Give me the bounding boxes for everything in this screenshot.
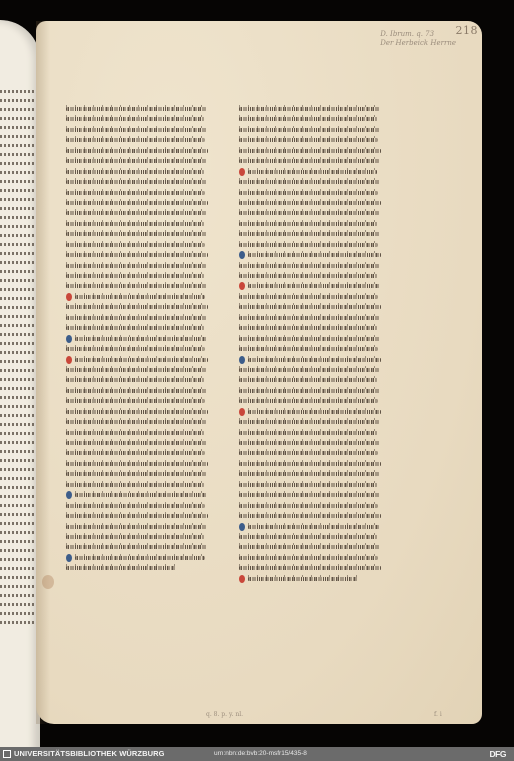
- script-ink: [66, 504, 205, 508]
- script-ink: [66, 399, 205, 403]
- facing-script-line: [0, 378, 36, 381]
- script-ink: [66, 253, 208, 257]
- urn-identifier[interactable]: urn:nbn:de:bvb:20-msfr15/435-8: [214, 747, 307, 761]
- script-line: [66, 261, 208, 271]
- script-ink: [66, 514, 208, 518]
- script-line: [66, 135, 208, 145]
- script-line: [239, 271, 381, 281]
- script-line: [66, 396, 208, 406]
- script-ink: [239, 159, 379, 163]
- facing-script-line: [0, 153, 36, 156]
- shelfmark-note-line-2: Der Herbeick Herrne: [380, 39, 456, 48]
- script-ink: [239, 566, 381, 570]
- facing-script-line: [0, 387, 36, 390]
- facing-script-line: [0, 477, 36, 480]
- facing-script-line: [0, 621, 36, 624]
- script-ink: [66, 138, 205, 142]
- script-line: [66, 522, 208, 532]
- script-line: [66, 250, 208, 260]
- script-ink: [239, 222, 377, 226]
- script-ink: [239, 107, 379, 111]
- script-ink: [66, 107, 206, 111]
- script-line: [66, 229, 208, 239]
- script-line: [66, 240, 208, 250]
- facing-script-line: [0, 432, 36, 435]
- script-line: [239, 563, 381, 573]
- red-rubric-initial-icon: [239, 408, 245, 416]
- script-line: [66, 208, 208, 218]
- facing-script-line: [0, 333, 36, 336]
- facing-script-line: [0, 144, 36, 147]
- facing-script-line: [0, 90, 36, 93]
- script-ink: [66, 483, 204, 487]
- script-line: [66, 511, 208, 521]
- facing-script-line: [0, 288, 36, 291]
- facing-script-line: [0, 468, 36, 471]
- script-ink: [75, 556, 205, 560]
- script-ink: [239, 326, 377, 330]
- blue-rubric-initial-icon: [66, 491, 72, 499]
- script-line: [66, 386, 208, 396]
- script-ink: [239, 316, 379, 320]
- script-ink: [239, 535, 377, 539]
- script-ink: [239, 201, 381, 205]
- facing-script-line: [0, 252, 36, 255]
- facing-script-line: [0, 108, 36, 111]
- facing-script-line: [0, 198, 36, 201]
- script-line: [66, 438, 208, 448]
- blue-rubric-initial-icon: [66, 335, 72, 343]
- facing-script-line: [0, 504, 36, 507]
- script-ink: [239, 117, 377, 121]
- script-line: [239, 344, 381, 354]
- script-ink: [66, 451, 205, 455]
- facing-script-line: [0, 117, 36, 120]
- script-ink: [239, 138, 378, 142]
- facing-script-line: [0, 207, 36, 210]
- script-line: [239, 459, 381, 469]
- script-line: [239, 428, 381, 438]
- script-line: [239, 167, 381, 177]
- blue-rubric-initial-icon: [239, 356, 245, 364]
- script-line: [66, 323, 208, 333]
- script-ink: [239, 347, 378, 351]
- script-line: [66, 302, 208, 312]
- script-line: [66, 146, 208, 156]
- dfg-logo[interactable]: DFG: [490, 747, 506, 761]
- script-line: [239, 522, 381, 532]
- script-line: [66, 114, 208, 124]
- script-ink: [66, 128, 207, 132]
- facing-script-line: [0, 423, 36, 426]
- facing-script-line: [0, 189, 36, 192]
- facing-script-line: [0, 171, 36, 174]
- facing-script-line: [0, 540, 36, 543]
- script-ink: [239, 368, 379, 372]
- script-line: [239, 146, 381, 156]
- red-rubric-initial-icon: [239, 282, 245, 290]
- script-ink: [239, 493, 380, 497]
- text-column-left: [66, 104, 208, 574]
- script-line: [66, 219, 208, 229]
- script-ink: [66, 566, 176, 570]
- script-line: [66, 104, 208, 114]
- script-line: [239, 208, 381, 218]
- script-ink: [66, 222, 204, 226]
- script-line: [239, 177, 381, 187]
- script-line: [239, 417, 381, 427]
- script-line: [66, 428, 208, 438]
- script-line: [66, 177, 208, 187]
- facing-script-line: [0, 369, 36, 372]
- script-ink: [239, 420, 379, 424]
- facing-script-line: [0, 594, 36, 597]
- institution-name[interactable]: UNIVERSITÄTSBIBLIOTHEK WÜRZBURG: [14, 747, 165, 761]
- script-ink: [75, 358, 208, 362]
- facing-script-line: [0, 261, 36, 264]
- script-line: [239, 281, 381, 291]
- script-line: [239, 323, 381, 333]
- script-ink: [75, 493, 207, 497]
- facing-script-line: [0, 297, 36, 300]
- script-ink: [66, 305, 208, 309]
- script-line: [66, 542, 208, 552]
- script-line: [66, 292, 208, 302]
- script-ink: [66, 191, 205, 195]
- script-ink: [248, 525, 379, 529]
- library-logo-icon: [3, 750, 11, 758]
- facing-script-line: [0, 585, 36, 588]
- script-ink: [66, 159, 206, 163]
- script-line: [66, 365, 208, 375]
- script-ink: [75, 295, 205, 299]
- red-rubric-initial-icon: [66, 356, 72, 364]
- facing-script-line: [0, 225, 36, 228]
- facing-script-line: [0, 99, 36, 102]
- script-line: [239, 302, 381, 312]
- facing-script-line: [0, 486, 36, 489]
- script-line: [66, 344, 208, 354]
- facing-script-line: [0, 450, 36, 453]
- script-line: [239, 240, 381, 250]
- script-line: [239, 135, 381, 145]
- facing-script-line: [0, 576, 36, 579]
- script-line: [239, 480, 381, 490]
- script-ink: [239, 180, 380, 184]
- script-ink: [239, 295, 378, 299]
- facing-script-line: [0, 342, 36, 345]
- script-ink: [66, 545, 207, 549]
- facing-script-line: [0, 414, 36, 417]
- script-ink: [66, 472, 206, 476]
- script-ink: [248, 253, 381, 257]
- script-ink: [239, 305, 381, 309]
- script-line: [66, 188, 208, 198]
- script-line: [239, 448, 381, 458]
- facing-script-line: [0, 180, 36, 183]
- script-ink: [239, 243, 378, 247]
- script-ink: [66, 232, 207, 236]
- script-ink: [239, 545, 380, 549]
- script-ink: [66, 117, 204, 121]
- facing-script-line: [0, 603, 36, 606]
- folio-number: 218: [456, 24, 479, 37]
- script-ink: [248, 170, 377, 174]
- script-ink: [239, 441, 380, 445]
- script-line: [239, 469, 381, 479]
- script-line: [239, 104, 381, 114]
- facing-script-line: [0, 351, 36, 354]
- script-line: [66, 355, 208, 365]
- script-ink: [248, 284, 380, 288]
- facing-script-line: [0, 612, 36, 615]
- shelfmark-note: D. Ibrum. q. 73 Der Herbeick Herrne: [380, 30, 456, 48]
- script-ink: [239, 378, 377, 382]
- script-ink: [66, 326, 204, 330]
- facing-script-line: [0, 126, 36, 129]
- script-line: [66, 553, 208, 563]
- facing-script-line: [0, 135, 36, 138]
- script-line: [239, 334, 381, 344]
- script-ink: [239, 451, 378, 455]
- facing-script-line: [0, 513, 36, 516]
- script-ink: [248, 410, 381, 414]
- script-line: [239, 219, 381, 229]
- script-line: [239, 261, 381, 271]
- script-line: [66, 156, 208, 166]
- script-line: [239, 188, 381, 198]
- script-ink: [75, 337, 207, 341]
- script-ink: [239, 462, 381, 466]
- facing-page-verso: [0, 20, 40, 747]
- script-line: [66, 480, 208, 490]
- script-line: [66, 198, 208, 208]
- script-ink: [239, 191, 378, 195]
- script-line: [66, 532, 208, 542]
- script-ink: [66, 149, 208, 153]
- script-line: [239, 365, 381, 375]
- script-line: [239, 198, 381, 208]
- script-ink: [66, 211, 206, 215]
- script-line: [66, 563, 208, 573]
- script-ink: [66, 347, 205, 351]
- script-ink: [239, 514, 381, 518]
- script-line: [239, 355, 381, 365]
- script-ink: [239, 472, 379, 476]
- script-ink: [239, 337, 380, 341]
- script-ink: [66, 389, 207, 393]
- facing-script-line: [0, 522, 36, 525]
- script-ink: [66, 243, 205, 247]
- facing-script-line: [0, 360, 36, 363]
- script-line: [66, 448, 208, 458]
- facing-script-line: [0, 405, 36, 408]
- script-line: [66, 459, 208, 469]
- facing-script-line: [0, 243, 36, 246]
- script-ink: [239, 556, 378, 560]
- script-line: [66, 490, 208, 500]
- script-ink: [66, 274, 204, 278]
- script-ink: [66, 441, 207, 445]
- facing-script-line: [0, 567, 36, 570]
- facing-script-line: [0, 306, 36, 309]
- script-line: [66, 313, 208, 323]
- script-line: [239, 114, 381, 124]
- script-line: [66, 271, 208, 281]
- script-line: [66, 501, 208, 511]
- script-line: [239, 229, 381, 239]
- script-ink: [66, 170, 204, 174]
- script-ink: [239, 389, 380, 393]
- script-ink: [239, 149, 381, 153]
- script-line: [239, 313, 381, 323]
- script-ink: [66, 378, 204, 382]
- script-ink: [66, 316, 206, 320]
- facing-script-line: [0, 558, 36, 561]
- script-ink: [239, 504, 378, 508]
- script-line: [239, 532, 381, 542]
- script-line: [66, 469, 208, 479]
- red-rubric-initial-icon: [66, 293, 72, 301]
- blue-rubric-initial-icon: [239, 523, 245, 531]
- blue-rubric-initial-icon: [66, 554, 72, 562]
- script-ink: [66, 264, 206, 268]
- facing-script-line: [0, 234, 36, 237]
- script-ink: [239, 274, 377, 278]
- footer-bar: UNIVERSITÄTSBIBLIOTHEK WÜRZBURG urn:nbn:…: [0, 747, 514, 761]
- script-line: [239, 553, 381, 563]
- script-ink: [239, 264, 379, 268]
- script-ink: [239, 211, 379, 215]
- script-line: [239, 407, 381, 417]
- script-ink: [248, 577, 358, 581]
- script-ink: [66, 535, 204, 539]
- script-line: [66, 417, 208, 427]
- script-ink: [66, 431, 204, 435]
- script-ink: [66, 462, 208, 466]
- script-ink: [66, 420, 206, 424]
- script-ink: [239, 431, 377, 435]
- quire-signature: q. 8. p. y. nl.: [206, 711, 243, 718]
- red-rubric-initial-icon: [239, 575, 245, 583]
- script-line: [66, 167, 208, 177]
- shelfmark-note-line-1: D. Ibrum. q. 73: [380, 30, 456, 39]
- script-line: [239, 125, 381, 135]
- facing-script-line: [0, 441, 36, 444]
- script-line: [239, 542, 381, 552]
- facing-script-line: [0, 396, 36, 399]
- script-ink: [66, 410, 208, 414]
- image-viewer[interactable]: 218 D. Ibrum. q. 73 Der Herbeick Herrne …: [0, 0, 514, 747]
- script-ink: [66, 201, 208, 205]
- facing-script-line: [0, 315, 36, 318]
- leaf-signature: f. i: [434, 711, 442, 718]
- script-line: [239, 438, 381, 448]
- script-line: [239, 574, 381, 584]
- script-line: [66, 334, 208, 344]
- script-line: [239, 396, 381, 406]
- script-ink: [239, 232, 380, 236]
- script-line: [239, 501, 381, 511]
- script-line: [239, 511, 381, 521]
- facing-script-line: [0, 270, 36, 273]
- script-ink: [239, 399, 378, 403]
- script-ink: [66, 368, 206, 372]
- script-line: [239, 490, 381, 500]
- text-column-right: [239, 104, 381, 584]
- blue-rubric-initial-icon: [239, 251, 245, 259]
- facing-script-line: [0, 459, 36, 462]
- script-ink: [66, 180, 207, 184]
- red-rubric-initial-icon: [239, 168, 245, 176]
- facing-script-line: [0, 531, 36, 534]
- facing-page-script: [0, 90, 36, 630]
- script-ink: [248, 358, 381, 362]
- script-line: [66, 375, 208, 385]
- manuscript-page-recto: 218 D. Ibrum. q. 73 Der Herbeick Herrne …: [36, 21, 482, 724]
- facing-script-line: [0, 216, 36, 219]
- facing-script-line: [0, 549, 36, 552]
- script-ink: [66, 284, 207, 288]
- script-line: [239, 250, 381, 260]
- page-stain: [42, 575, 54, 589]
- script-line: [239, 386, 381, 396]
- facing-script-line: [0, 162, 36, 165]
- facing-script-line: [0, 495, 36, 498]
- script-line: [66, 281, 208, 291]
- script-line: [239, 292, 381, 302]
- script-ink: [239, 128, 380, 132]
- facing-script-line: [0, 324, 36, 327]
- script-line: [239, 156, 381, 166]
- script-line: [66, 407, 208, 417]
- script-line: [239, 375, 381, 385]
- script-ink: [66, 525, 206, 529]
- script-line: [66, 125, 208, 135]
- facing-script-line: [0, 279, 36, 282]
- script-ink: [239, 483, 377, 487]
